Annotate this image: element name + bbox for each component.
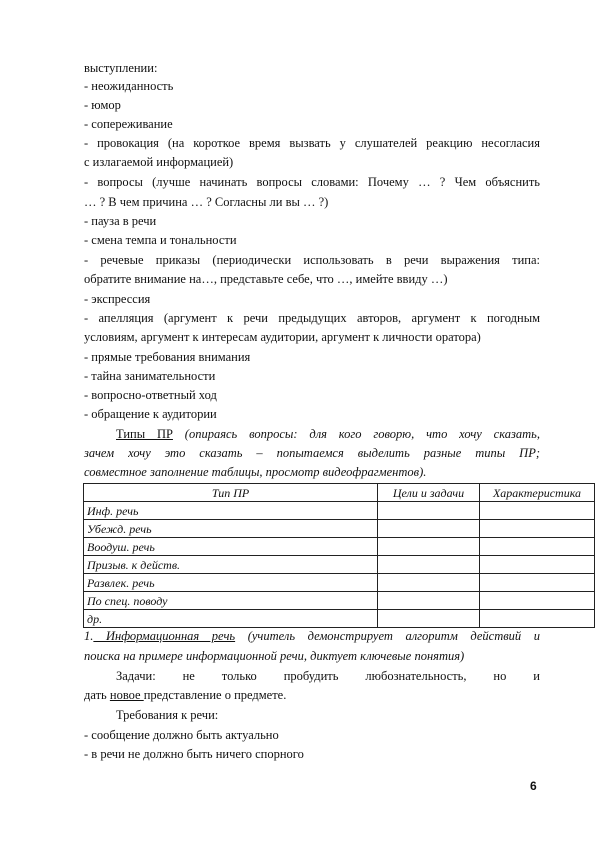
tasks-line-2: дать новое представление о предмете. — [84, 687, 540, 703]
table-cell — [378, 556, 480, 574]
section1-note-line: поиска на примере информационной речи, д… — [84, 648, 540, 664]
table-cell — [480, 556, 595, 574]
tasks-text: представление о предмете. — [144, 688, 287, 702]
table-row: Инф. речь — [84, 502, 595, 520]
table-cell — [480, 574, 595, 592]
table-cell — [480, 520, 595, 538]
table-header-cell: Тип ПР — [84, 484, 378, 502]
speech-types-table: Тип ПР Цели и задачи Характеристика Инф.… — [83, 483, 595, 628]
table-cell — [480, 502, 595, 520]
table-cell: Призыв. к действ. — [84, 556, 378, 574]
table-cell — [480, 538, 595, 556]
table-header-cell: Характеристика — [480, 484, 595, 502]
section1-title: Информационная речь — [93, 629, 235, 643]
document-page: выступлении: - неожиданность - юмор - со… — [0, 0, 595, 842]
table-cell — [378, 538, 480, 556]
tasks-underlined: новое — [110, 688, 144, 702]
tasks-text: дать — [84, 688, 110, 702]
table-cell: Убежд. речь — [84, 520, 378, 538]
table-row: Развлек. речь — [84, 574, 595, 592]
table-row: Призыв. к действ. — [84, 556, 595, 574]
table-row: По спец. поводу — [84, 592, 595, 610]
table-cell — [480, 610, 595, 628]
table-cell: Воодуш. речь — [84, 538, 378, 556]
requirements-heading: Требования к речи: — [116, 707, 572, 723]
table-cell: др. — [84, 610, 378, 628]
table-cell: По спец. поводу — [84, 592, 378, 610]
table-cell: Инф. речь — [84, 502, 378, 520]
table-cell — [378, 520, 480, 538]
table-cell: Развлек. речь — [84, 574, 378, 592]
table-header-row: Тип ПР Цели и задачи Характеристика — [84, 484, 595, 502]
table-header-cell: Цели и задачи — [378, 484, 480, 502]
table-cell — [480, 592, 595, 610]
section1-note: (учитель демонстрирует алгоритм действий… — [235, 629, 540, 643]
table-cell — [378, 502, 480, 520]
table-cell — [378, 574, 480, 592]
table-cell — [378, 610, 480, 628]
table-row: др. — [84, 610, 595, 628]
table-row: Убежд. речь — [84, 520, 595, 538]
table-cell — [378, 592, 480, 610]
tasks-line: Задачи: не только пробудить любознательн… — [116, 668, 540, 684]
requirement-item: - сообщение должно быть актуально — [84, 727, 540, 743]
requirement-item: - в речи не должно быть ничего спорного — [84, 746, 540, 762]
table-row: Воодуш. речь — [84, 538, 595, 556]
section1-number: 1. — [84, 629, 93, 643]
section1-heading-line: 1. Информационная речь (учитель демонстр… — [84, 628, 540, 644]
page-number: 6 — [530, 779, 537, 793]
